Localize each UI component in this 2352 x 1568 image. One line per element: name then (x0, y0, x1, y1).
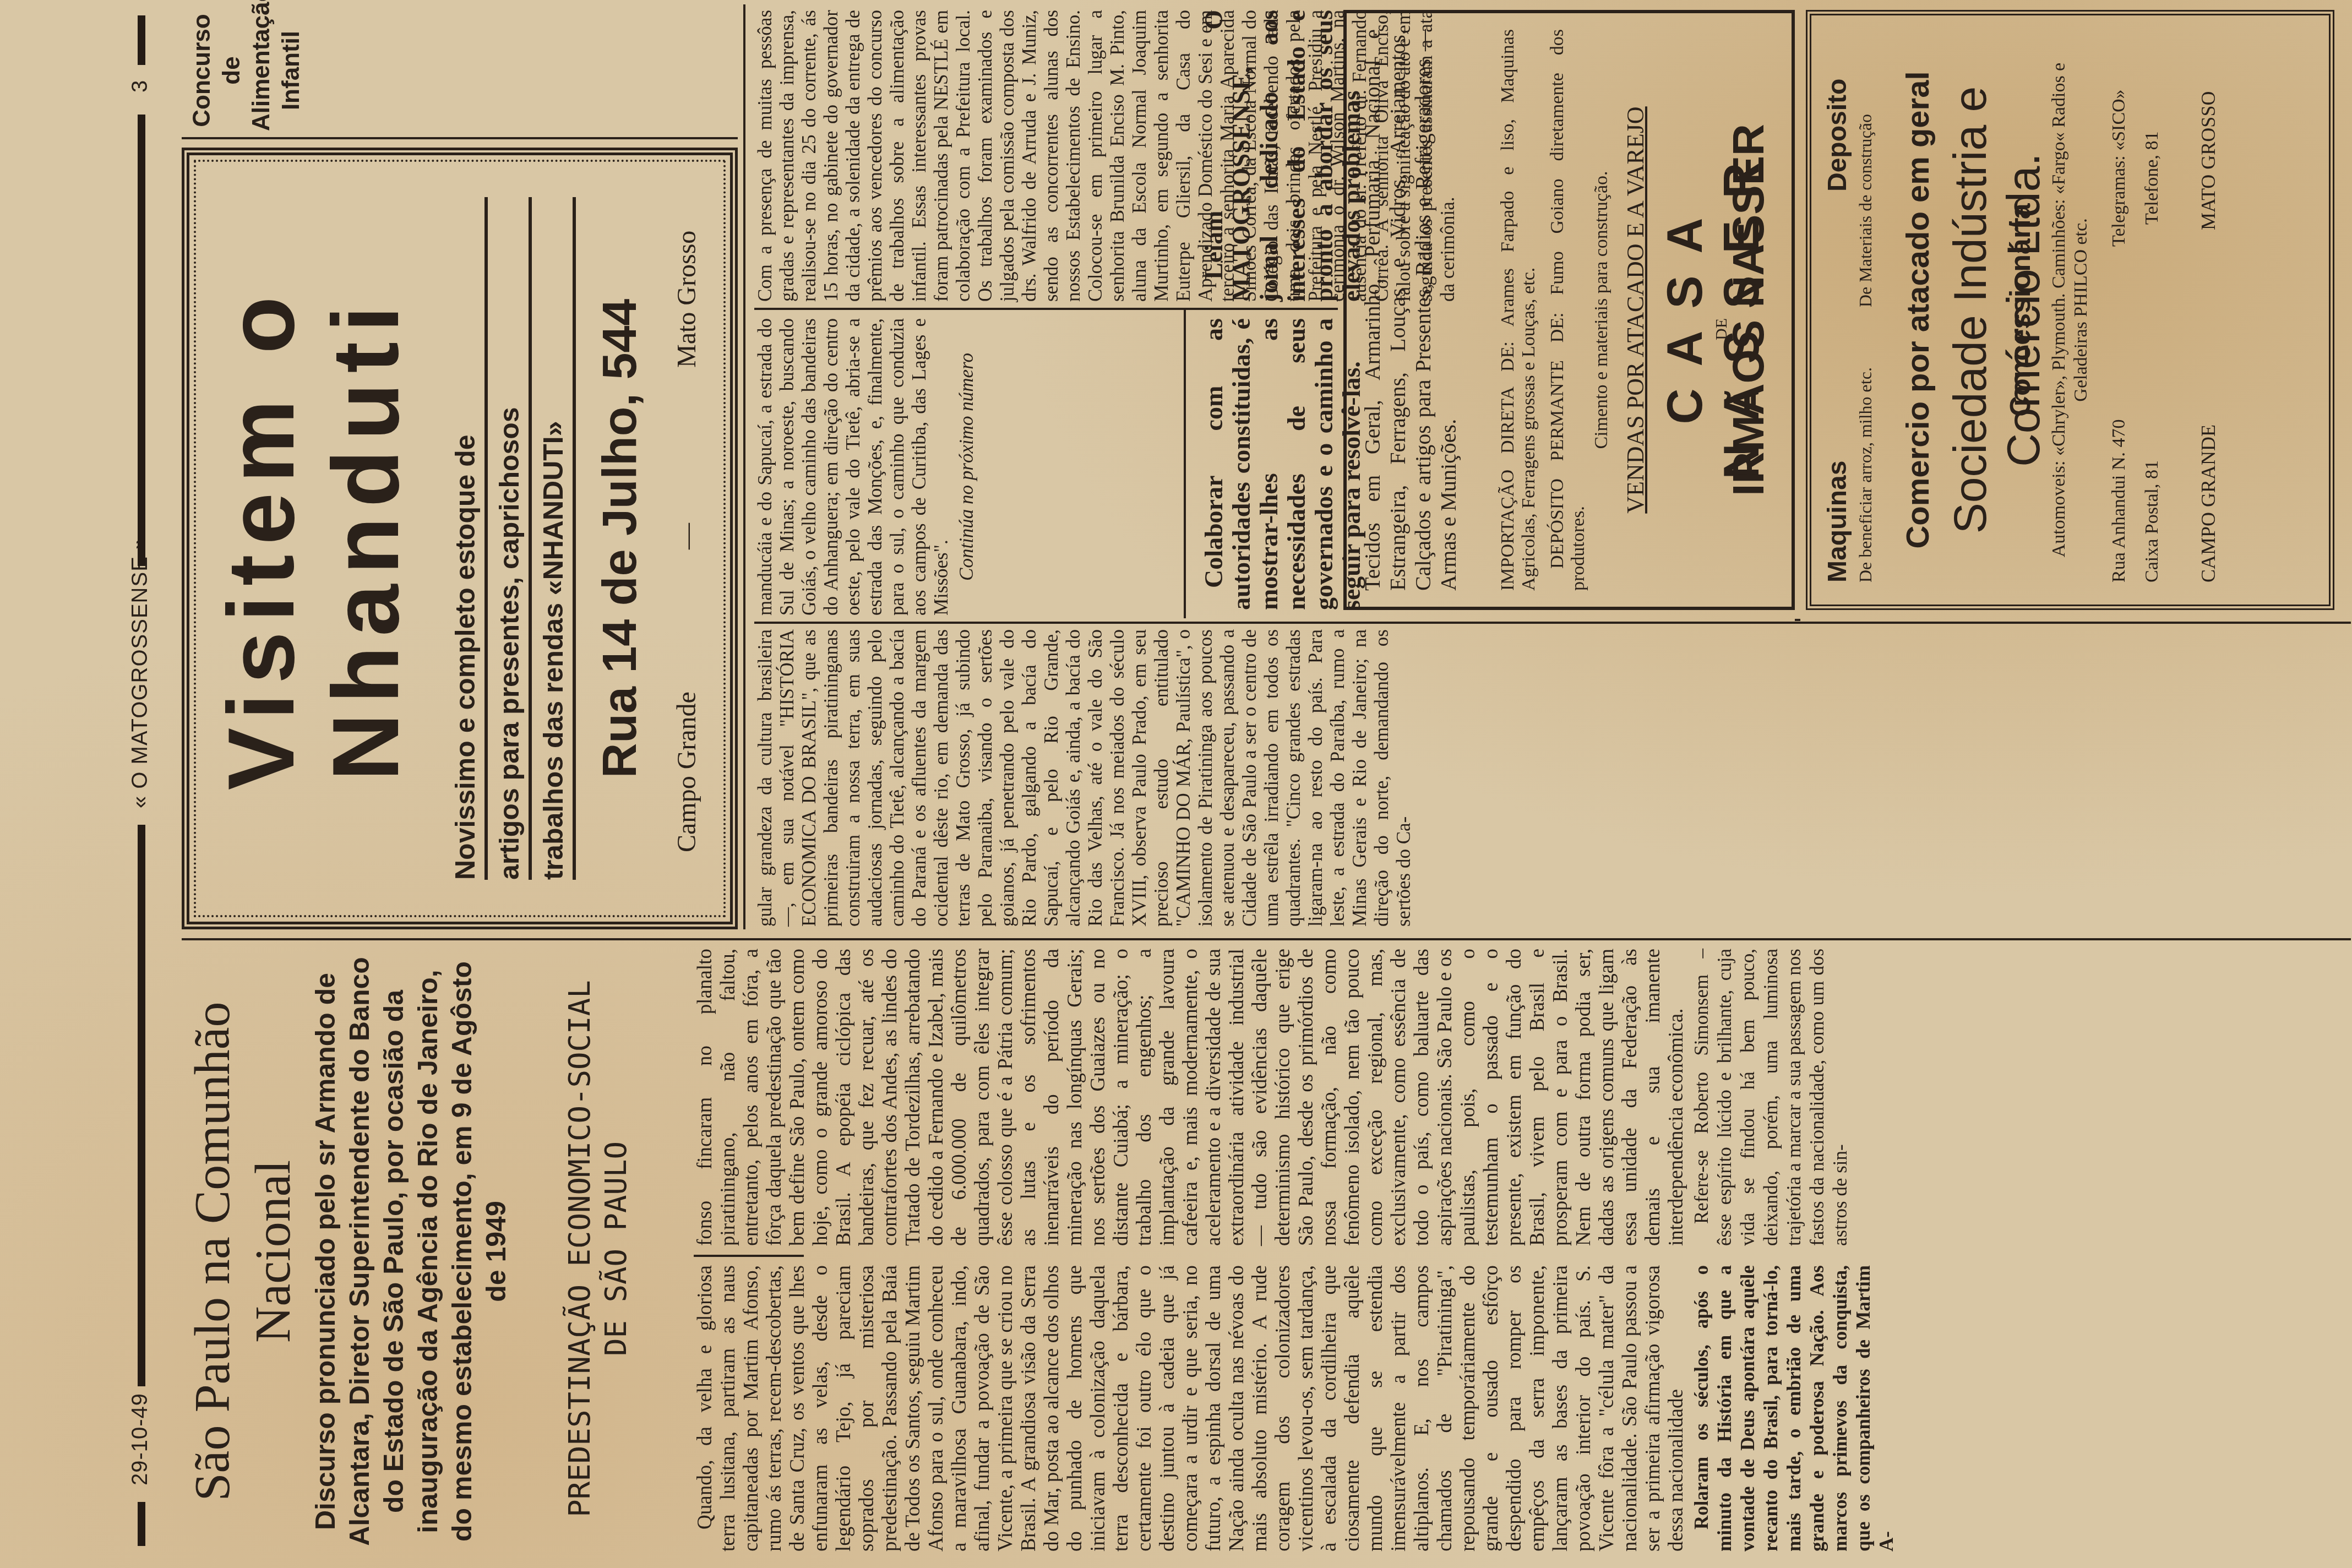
ad-sociedade-right-text: De Materiais de construção (1855, 32, 1875, 307)
ad-nhanduti-dash: — (672, 523, 702, 549)
ad-nasser-deposit: DEPÓSITO PERMANTE DE: Fumo Goiano direta… (1547, 29, 1592, 591)
ad-nhanduti-tag2: artigos para presentes, caprichosos (490, 197, 532, 880)
ad-sociedade-left-title: Maquinas (1822, 461, 1853, 582)
ad-sociedade-headline: Comercio por atacado em geral (1899, 21, 1936, 599)
ad-sociedade-state: MATO GROSSO (2197, 91, 2220, 230)
concurso-title: Concurso de Alimentação Infantil (187, 10, 306, 131)
section-heading: PREDESTINAÇÃO ECONOMICO-SOCIAL DE SÃO PA… (562, 962, 634, 1535)
article-column: Quando, da velha e gloriosa terra lusita… (694, 1265, 1691, 1551)
ad-nasser-import: IMPORTAÇÃO DIRETA DE: Arames Farpado e l… (1498, 29, 1543, 591)
article-column: fonso fincaram no planalto piratiningano… (694, 949, 1691, 1246)
continued-note: Continúa no próximo número (956, 318, 978, 616)
newspaper-page-upright: 29-10-49 « O MATOGROSSENSE » 3 São Paulo… (0, 0, 2352, 1568)
article-column: gular grandeza da cultura brasileira —, … (754, 629, 1418, 927)
ad-nasser-name2: IRMÃOS NASSER (1723, 29, 1774, 591)
article-title: São Paulo na Comunhão Nacional (182, 951, 303, 1551)
ad-nhanduti-tag3: trabalhos das rendas «NHANDUTI» (534, 197, 576, 880)
header-rule (138, 15, 145, 65)
header-rule (138, 825, 145, 1386)
section-rule (1184, 310, 1186, 618)
ad-sociedade-concession: Concessionária (2004, 21, 2037, 599)
issue-date: 29-10-49 (128, 1393, 153, 1485)
section-rule (743, 4, 745, 929)
ad-nhanduti-city: Campo Grande (672, 692, 702, 852)
ad-sociedade-city: CAMPO GRANDE (2197, 424, 2220, 582)
ad-sociedade-right-title: Deposito (1822, 79, 1853, 192)
article-column: manducáia e do Sapucaí, a estrada do Sul… (754, 318, 981, 616)
column-rule (1795, 619, 1800, 621)
ad-sociedade-box: Caixa Postal, 81 (2142, 460, 2163, 582)
header-rule (138, 115, 145, 566)
ad-nasser-cement: Cimento e materiais para construção. (1591, 29, 1612, 591)
column-rule (754, 622, 2351, 624)
newspaper-name: « O MATOGROSSENSE » (128, 537, 153, 808)
ad-nhanduti-address: Rua 14 de Julho, 544 (589, 164, 650, 913)
column-rule (694, 1255, 804, 1257)
ad-nhanduti-line1: Visitem o (209, 164, 314, 913)
header-rule (138, 1502, 145, 1546)
ad-nhanduti-tag1: Novissimo e completo estoque de (446, 197, 488, 880)
column-rule (182, 137, 738, 139)
article-subtitle: Discurso pronunciado pelo sr Armando de … (308, 951, 513, 1551)
ad-nhanduti-state: Mato Grosso (672, 231, 702, 368)
article-column: Rolaram os séculos, após o minuto da His… (1690, 1265, 1902, 1551)
ad-nasser-body: Tecidos em Geral, Armarinho, Perfumaria … (1360, 29, 1464, 591)
ad-sociedade-address: Rua Anhandui N. 470 (2109, 419, 2130, 582)
column-rule (182, 938, 2351, 940)
page-number: 3 (128, 80, 153, 92)
ad-sociedade-left-text: De beneficiar arroz, milho etc. (1855, 362, 1875, 582)
ad-nasser-sales: VENDAS POR ATACADO E A VAREJO (1621, 29, 1649, 591)
ad-sociedade-telegrams: Telegramas: «SICO» (2109, 89, 2130, 247)
ad-sociedade-vehicles: Automoveis: «Chryler», Plymouth. Caminhõ… (2048, 32, 2092, 588)
article-column: Refere-se Roberto Simonsem – êsse espíri… (1690, 949, 1855, 1246)
column-rule (754, 308, 1338, 310)
ad-nhanduti-line2: Nhanduti (314, 164, 418, 913)
scanned-newspaper-page: 29-10-49 « O MATOGROSSENSE » 3 São Paulo… (0, 0, 2352, 1568)
ad-sociedade-phone: Telefone, 81 (2142, 132, 2163, 225)
